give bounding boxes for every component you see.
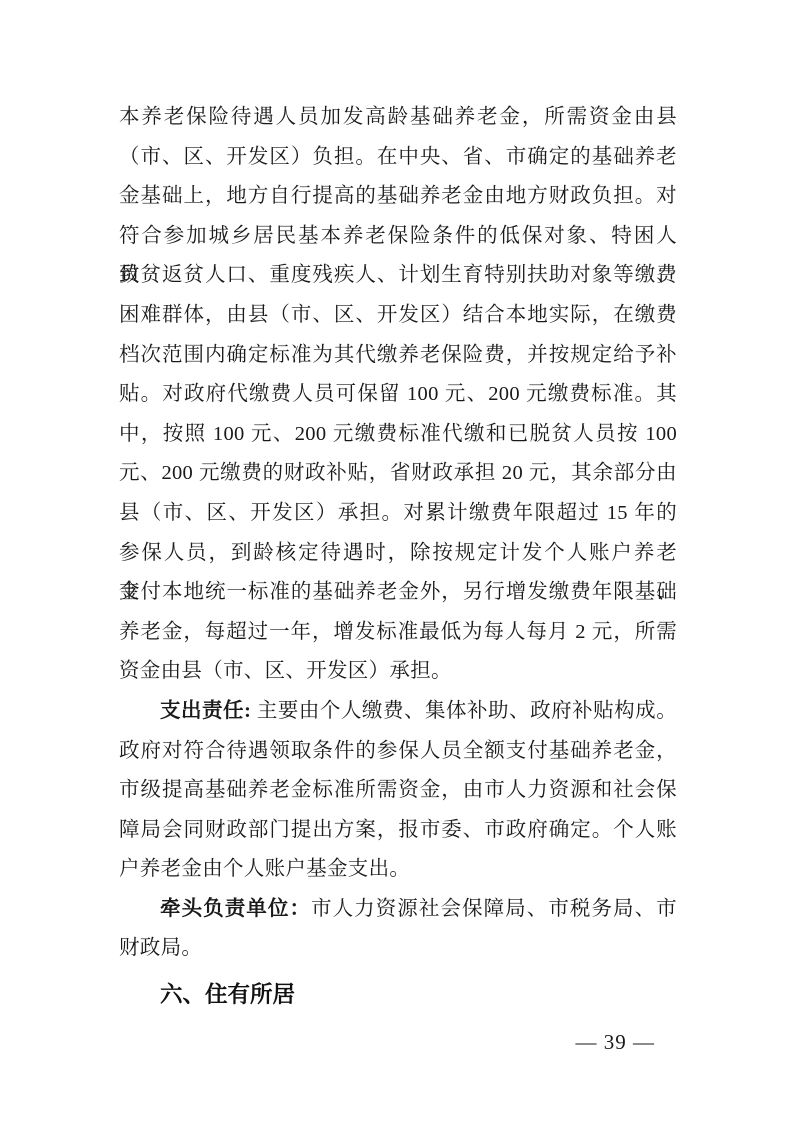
- text-line: 财政局。: [119, 929, 677, 969]
- text-line: 金基础上，地方自行提高的基础养老金由地方财政负担。对: [119, 177, 677, 217]
- text-line: 牵头负责单位：市人力资源社会保障局、市税务局、市: [119, 890, 677, 930]
- text-line: 市级提高基础养老金标准所需资金，由市人力资源和社会保: [119, 771, 677, 811]
- paragraph-lead: 牵头负责单位：: [160, 898, 311, 920]
- text-line: 元、200 元缴费的财政补贴，省财政承担 20 元，其余部分由: [119, 454, 677, 494]
- text-line: 致贫返贫人口、重度残疾人、计划生育特别扶助对象等缴费: [119, 256, 677, 296]
- section-heading: 六、住有所居: [119, 975, 677, 1015]
- text-line: （市、区、开发区）负担。在中央、省、市确定的基础养老: [119, 138, 677, 178]
- text-line: 本养老保险待遇人员加发高龄基础养老金，所需资金由县: [119, 98, 677, 138]
- text-line: 支出责任: 主要由个人缴费、集体补助、政府补贴构成。: [119, 692, 677, 732]
- text-line: 贴。对政府代缴费人员可保留 100 元、200 元缴费标准。其: [119, 375, 677, 415]
- text-line: 养老金，每超过一年，增发标准最低为每人每月 2 元，所需: [119, 613, 677, 653]
- text-line: 中，按照 100 元、200 元缴费标准代缴和已脱贫人员按 100: [119, 415, 677, 455]
- text-line: 户养老金由个人账户基金支出。: [119, 850, 677, 890]
- text-line: 支付本地统一标准的基础养老金外，另行增发缴费年限基础: [119, 573, 677, 613]
- text-line: 参保人员，到龄核定待遇时，除按规定计发个人账户养老金、: [119, 534, 677, 574]
- paragraph-lead: 支出责任:: [160, 700, 251, 722]
- text-line: 档次范围内确定标准为其代缴养老保险费，并按规定给予补: [119, 336, 677, 376]
- text-line: 障局会同财政部门提出方案，报市委、市政府确定。个人账: [119, 811, 677, 851]
- document-page: 本养老保险待遇人员加发高龄基础养老金，所需资金由县（市、区、开发区）负担。在中央…: [0, 0, 793, 1122]
- text-line: 县（市、区、开发区）承担。对累计缴费年限超过 15 年的: [119, 494, 677, 534]
- text-line: 困难群体，由县（市、区、开发区）结合本地实际，在缴费: [119, 296, 677, 336]
- page-number: — 39 —: [576, 1030, 656, 1055]
- body-text: 本养老保险待遇人员加发高龄基础养老金，所需资金由县（市、区、开发区）负担。在中央…: [119, 98, 677, 1015]
- text-line: 符合参加城乡居民基本养老保险条件的低保对象、特困人员、: [119, 217, 677, 257]
- text-line: 资金由县（市、区、开发区）承担。: [119, 652, 677, 692]
- text-line: 政府对符合待遇领取条件的参保人员全额支付基础养老金，: [119, 732, 677, 772]
